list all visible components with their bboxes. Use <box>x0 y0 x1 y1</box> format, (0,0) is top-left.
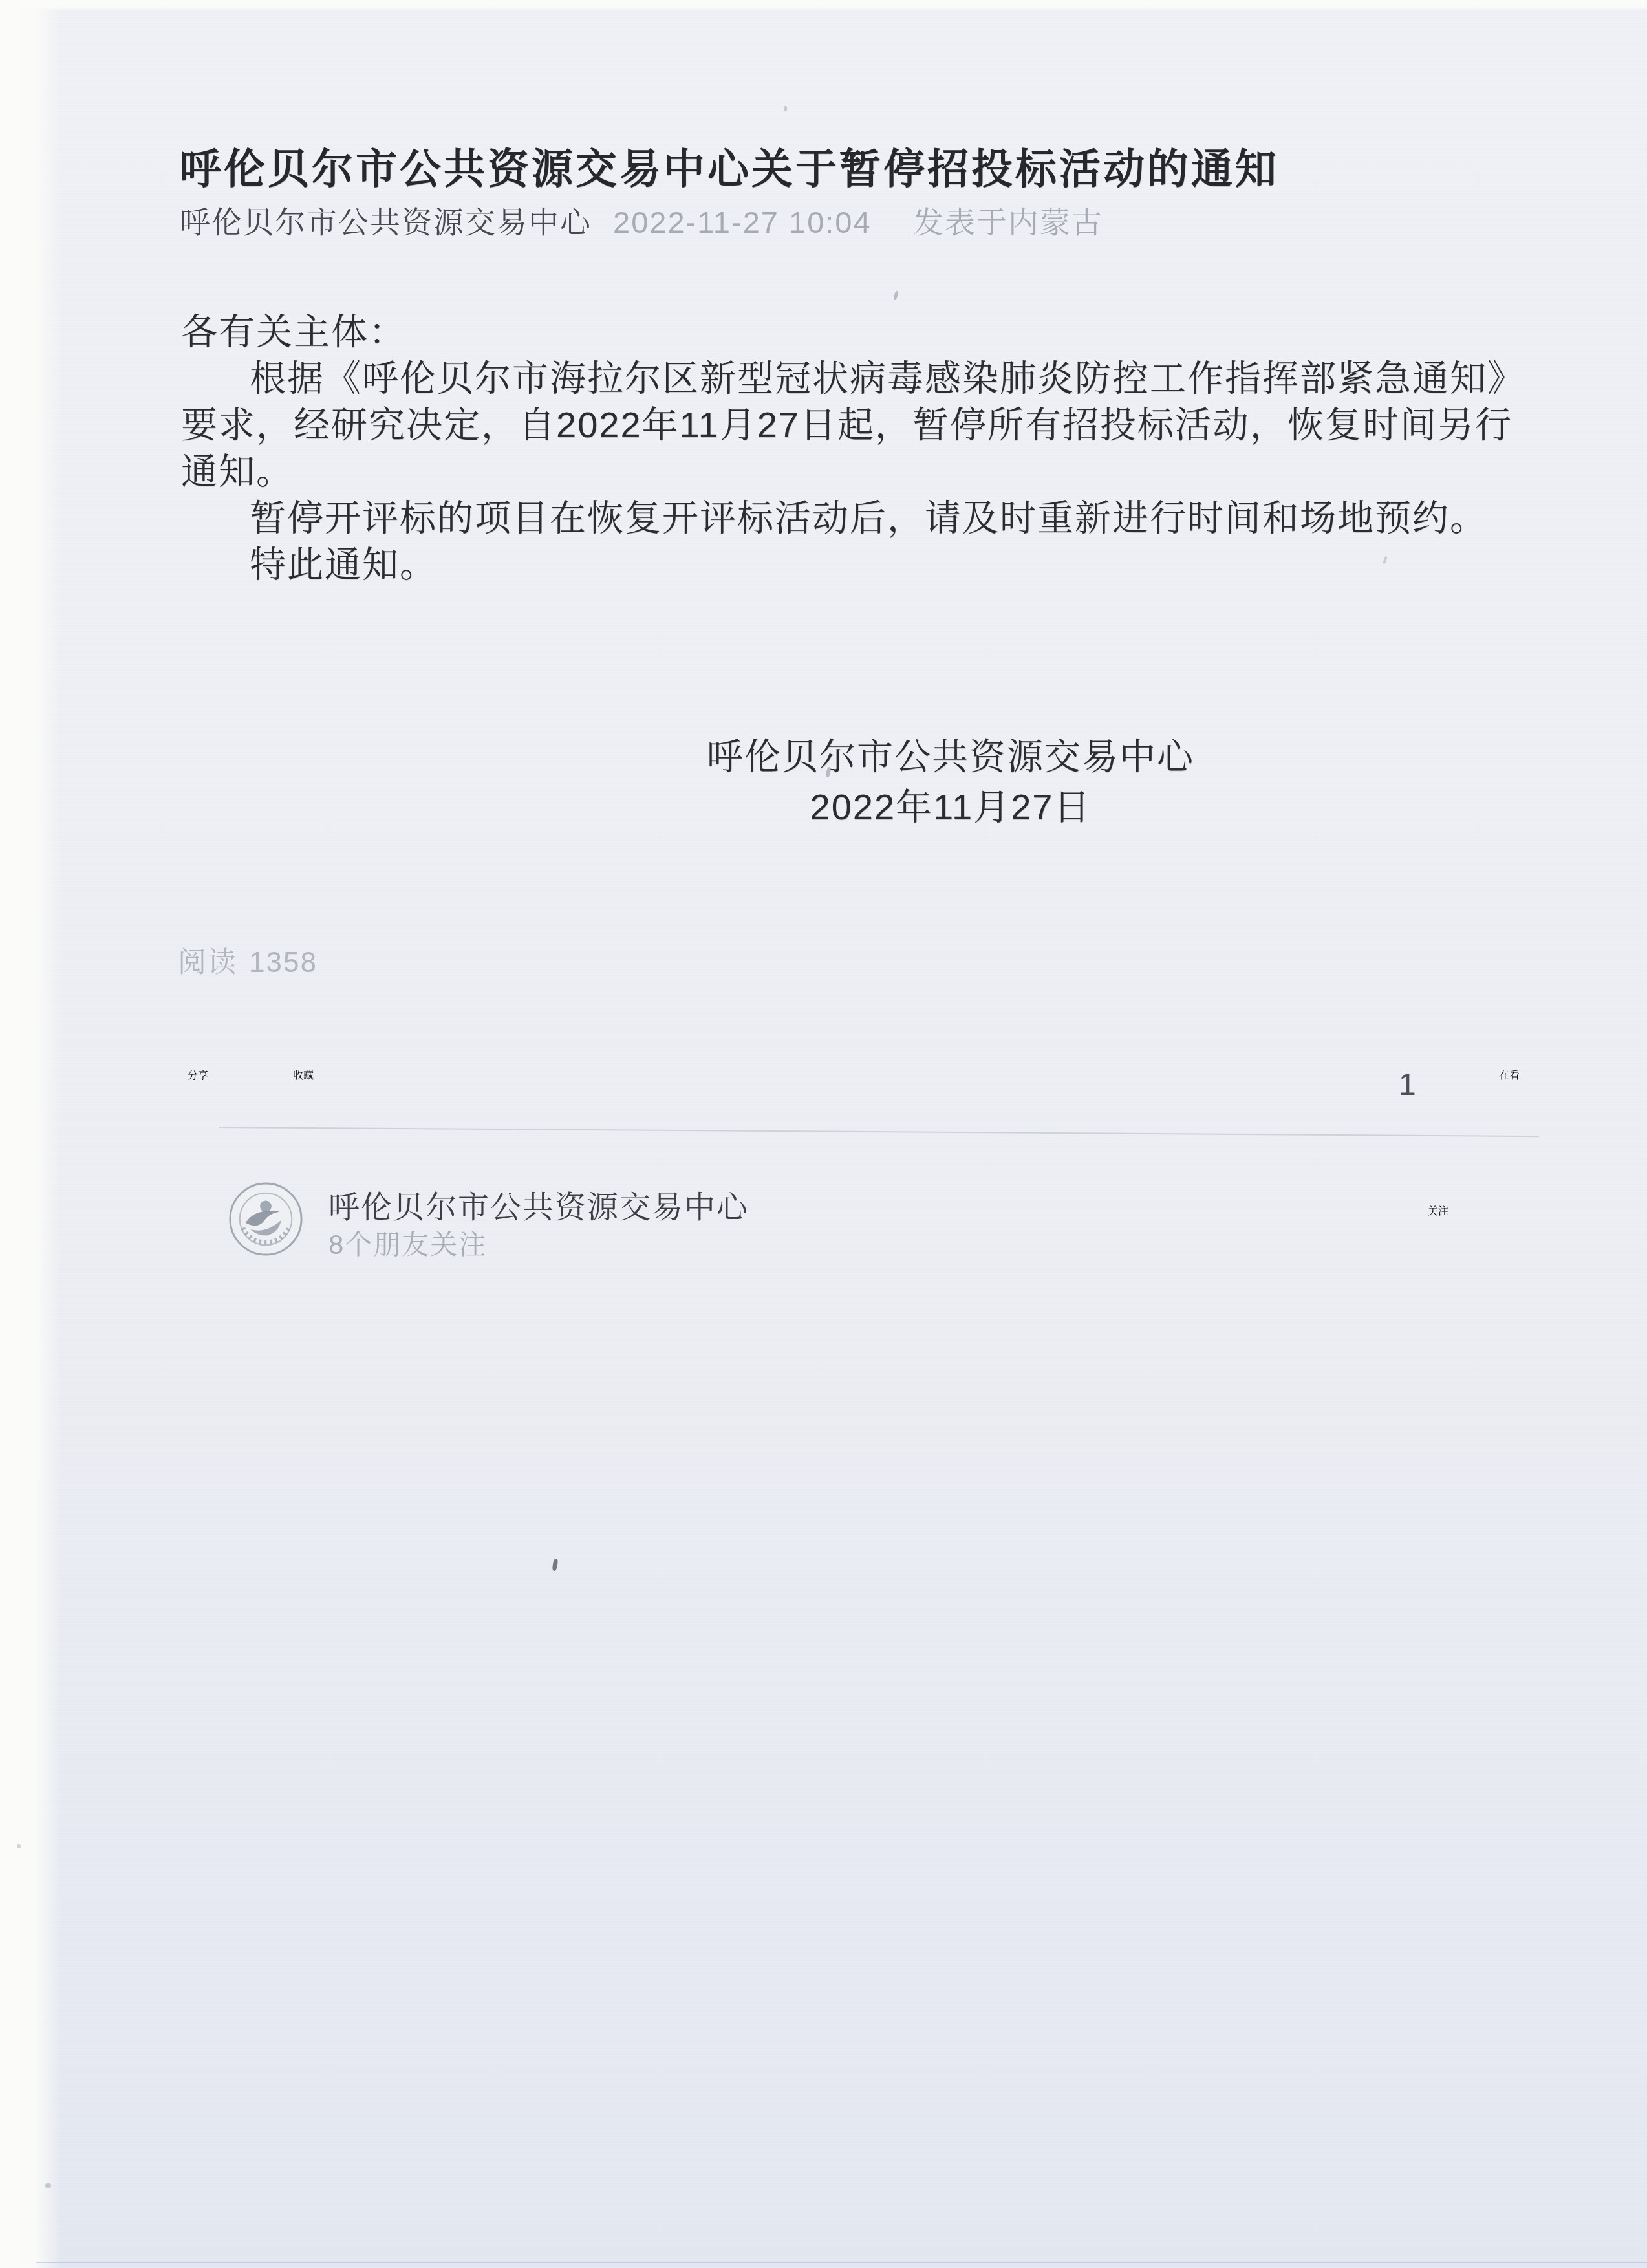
scan-speck <box>784 106 787 111</box>
signature-org: 呼伦贝尔市公共资源交易中心 <box>563 728 1339 780</box>
read-count-label: 阅读 <box>178 947 237 978</box>
read-count-value: 1358 <box>249 947 318 978</box>
read-count: 阅读1358 <box>178 939 318 980</box>
share-button[interactable]: 分享 <box>188 1067 208 1082</box>
section-divider <box>219 1127 1539 1137</box>
scan-speck <box>17 1844 21 1848</box>
scan-speck <box>45 2183 51 2188</box>
body-line: 根据《呼伦贝尔市海拉尔区新型冠状病毒感染肺炎防控工作指挥部紧急通知》 <box>250 358 1525 398</box>
body-line: 暂停开评标的项目在恢复开评标活动后，请及时重新进行时间和场地预约。 <box>250 498 1487 538</box>
body-line: 特此通知。 <box>250 545 437 585</box>
account-followers: 8个朋友关注 <box>328 1224 487 1262</box>
wow-button[interactable]: 在看 <box>1499 1067 1520 1082</box>
scan-speck <box>1383 556 1388 565</box>
byline-datetime: 2022-11-27 10:04 <box>613 204 872 241</box>
seal-emblem-icon <box>228 1181 304 1257</box>
scan-top-edge <box>0 0 1647 11</box>
byline-account-link[interactable]: 呼伦贝尔市公共资源交易中心 <box>180 204 592 241</box>
scan-left-edge <box>0 0 61 2268</box>
account-seal-avatar[interactable] <box>228 1181 304 1257</box>
body-line: 通知。 <box>181 451 294 491</box>
wow-count: 1 <box>1399 1067 1416 1103</box>
body-line: 要求，经研究决定，自2022年11月27日起，暂停所有招投标活动，恢复时间另行 <box>181 405 1512 445</box>
favorite-button[interactable]: 收藏 <box>293 1067 314 1082</box>
article-title: 呼伦贝尔市公共资源交易中心关于暂停招投标活动的通知 <box>180 142 1279 196</box>
byline-location: 发表于内蒙古 <box>913 204 1103 241</box>
scanner-edge-line <box>36 2262 1647 2263</box>
body-line-salutation: 各有关主体： <box>181 312 406 352</box>
scan-speck <box>893 291 898 301</box>
scanned-page: 呼伦贝尔市公共资源交易中心关于暂停招投标活动的通知 呼伦贝尔市公共资源交易中心 … <box>0 0 1647 2268</box>
account-name-link[interactable]: 呼伦贝尔市公共资源交易中心 <box>328 1182 749 1227</box>
follow-button[interactable]: 关注 <box>1428 1203 1448 1218</box>
signature-date: 2022年11月27日 <box>563 779 1339 830</box>
scan-speck <box>552 1559 558 1571</box>
